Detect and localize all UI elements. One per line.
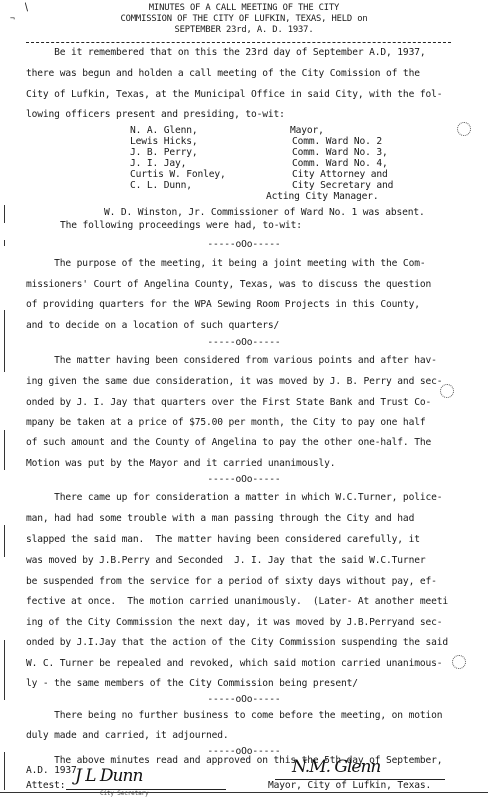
paragraph-line: be suspended from the service for a peri… (26, 576, 437, 587)
margin-bar (4, 205, 5, 223)
officer-title: Comm. Ward No. 2 (292, 136, 382, 147)
title-line-1: MINUTES OF A CALL MEETING OF THE CITY (0, 3, 488, 14)
attest-signature: J L Dunn (75, 766, 142, 786)
officer-title: City Secretary and (292, 180, 393, 191)
absent-statement: W. D. Winston, Jr. Commissioner of Ward … (104, 207, 425, 218)
separator: -----oOo----- (0, 694, 488, 705)
attest-label: Attest: (26, 780, 65, 791)
paragraph-line: W. C. Turner be repealed and revoked, wh… (26, 658, 442, 669)
paragraph-line: The matter having been considered from v… (26, 355, 437, 366)
paragraph-line: man, had had some trouble with a man pas… (26, 513, 414, 524)
minutes-page: / ¬ MINUTES OF A CALL MEETING OF THE CIT… (0, 0, 488, 800)
officer-title: City Attorney and (292, 169, 388, 180)
paragraph-line: and to decide on a location of such quar… (26, 320, 279, 331)
margin-bar (4, 430, 5, 470)
paragraph-line: of providing quarters for the WPA Sewing… (26, 299, 420, 310)
paragraph-line: ing of the City Commission the next day,… (26, 617, 442, 628)
margin-bar (4, 240, 5, 246)
paragraph-line: Motion was put by the Mayor and it carri… (26, 458, 335, 469)
officer-name: J. I. Jay, (130, 158, 186, 169)
title-rule (26, 42, 451, 43)
paragraph-line: mpany be taken at a price of $75.00 per … (26, 417, 425, 428)
title-line-2: COMMISSION OF THE CITY OF LUFKIN, TEXAS,… (0, 14, 488, 25)
officer-title: Comm. Ward No. 4, (292, 158, 388, 169)
margin-bar (4, 752, 5, 790)
intro-line: Be it remembered that on this the 23rd d… (26, 47, 425, 58)
margin-bar (4, 640, 5, 700)
paragraph-line: onded by J.I.Jay that the action of the … (26, 637, 448, 648)
officer-title: Mayor, (290, 125, 324, 136)
punch-hole (457, 122, 471, 136)
footer-rule (0, 792, 488, 793)
separator: -----oOo----- (0, 474, 488, 485)
margin-bar (4, 525, 5, 557)
title-line-3: SEPTEMBER 23rd, A. D. 1937. (0, 25, 488, 36)
paragraph-line: duly made and carried, it adjourned. (26, 730, 229, 741)
margin-bar (4, 310, 5, 372)
mayor-caption: Mayor, City of Lufkin, Texas. (268, 780, 431, 791)
approval-line: A.D. 1937. (26, 765, 82, 776)
officer-name: Lewis Hicks, (130, 136, 198, 147)
paragraph-line: slapped the said man. The matter having … (26, 534, 420, 545)
officer-title-continued: Acting City Manager. (266, 191, 379, 202)
officer-name: C. L. Dunn, (130, 180, 192, 191)
paragraph-line: was moved by J.B.Perry and Seconded J. I… (26, 555, 425, 566)
mayor-signature: N.M. Glenn (292, 757, 380, 777)
separator: -----oOo----- (0, 337, 488, 348)
attest-caption: City Secretary (100, 788, 148, 799)
intro-line: there was begun and holden a call meetin… (26, 68, 420, 79)
paragraph-line: onded by J. I. Jay that quarters over th… (26, 397, 431, 408)
proceedings-statement: The following proceedings were had, to-w… (60, 220, 302, 231)
separator: -----oOo----- (0, 239, 488, 250)
paragraph-line: There being no further business to come … (26, 710, 442, 721)
officer-name: J. B. Perry, (130, 147, 198, 158)
officer-name: Curtis W. Fonley, (130, 169, 226, 180)
paragraph-line: of such amount and the County of Angelin… (26, 437, 431, 448)
punch-hole (440, 384, 454, 398)
officer-title: Comm. Ward No. 3, (292, 147, 388, 158)
intro-line: City of Lufkin, Texas, at the Municipal … (26, 89, 442, 100)
intro-line: lowing officers present and presiding, t… (26, 109, 285, 120)
paragraph-line: fective at once. The motion carried unan… (26, 596, 448, 607)
paragraph-line: ly - the same members of the City Commis… (26, 678, 358, 689)
paragraph-line: The purpose of the meeting, it being a j… (26, 258, 425, 269)
paragraph-line: There came up for consideration a matter… (26, 492, 442, 503)
officer-name: N. A. Glenn, (130, 125, 198, 136)
paragraph-line: missioners' Court of Angelina County, Te… (26, 279, 431, 290)
paragraph-line: ing given the same due consideration, it… (26, 376, 442, 387)
punch-hole (452, 655, 466, 669)
